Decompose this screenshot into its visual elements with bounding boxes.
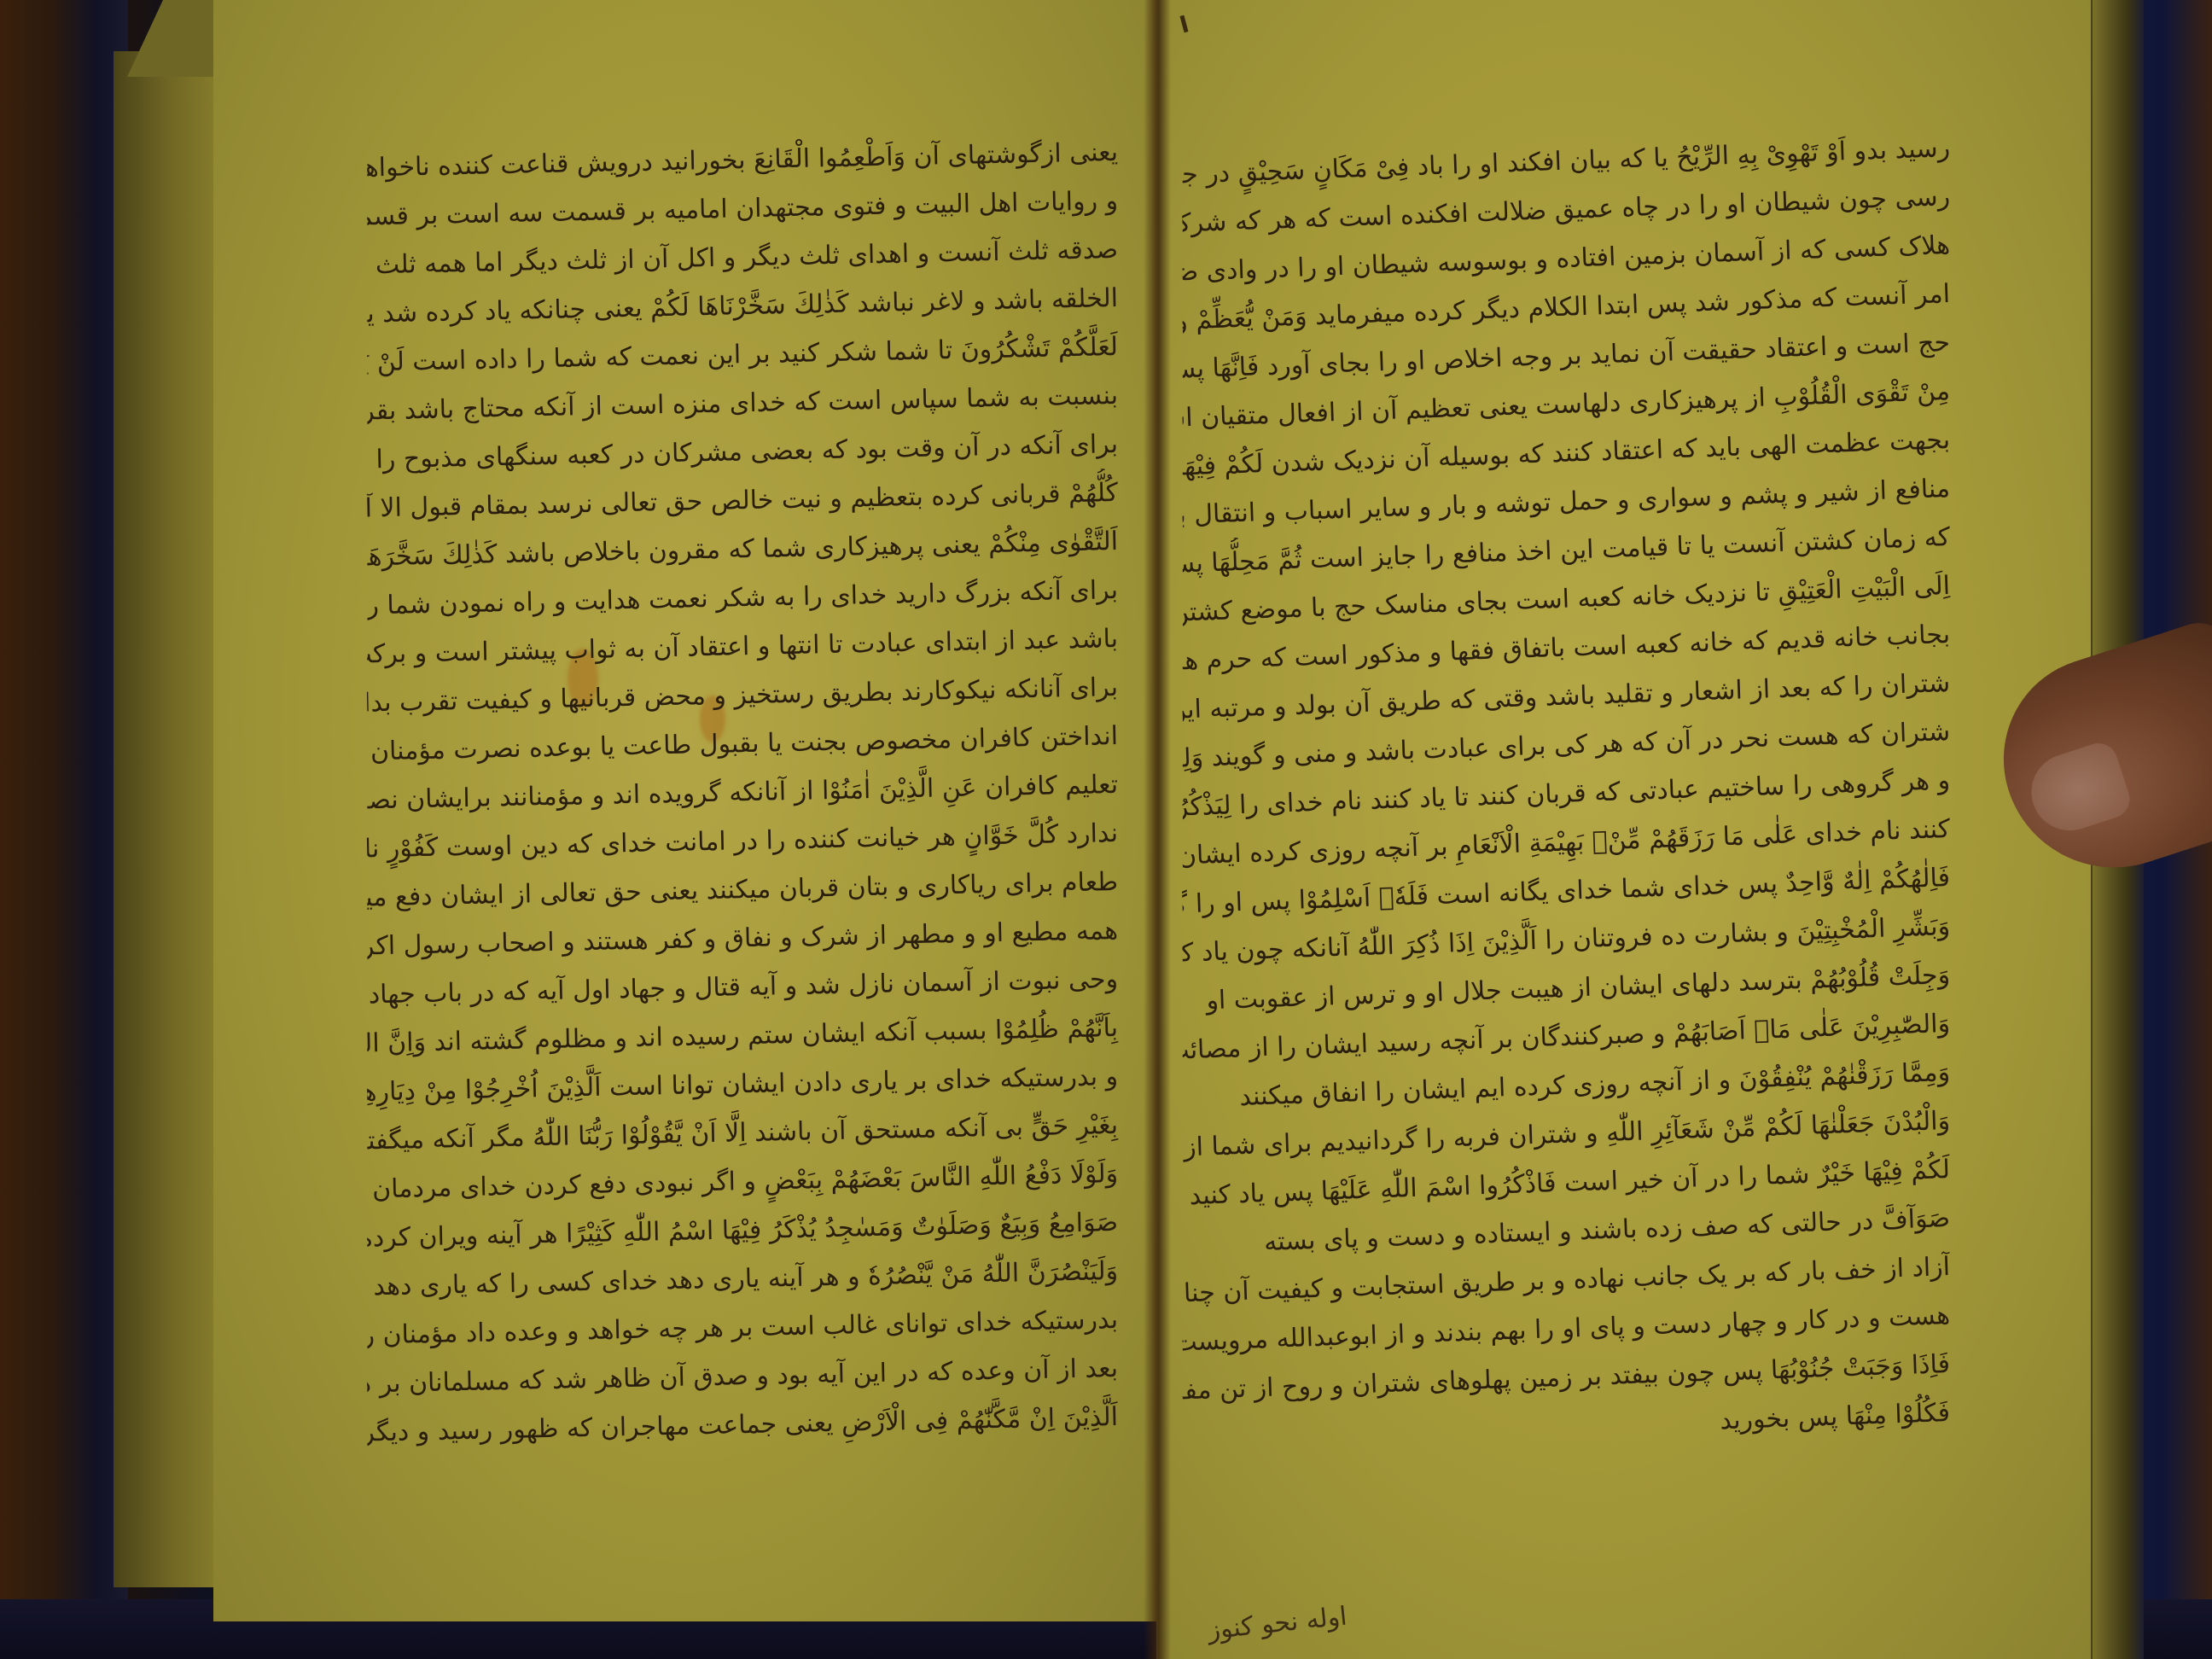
- background-cloth-left: [0, 0, 128, 1659]
- book-gutter: [1144, 0, 1171, 1659]
- right-page-text: رسید بدو اَوْ تَهْوِیْ بِهِ الرِّیْحُ یا…: [1182, 124, 1950, 1437]
- manuscript-photo: یعنی ازگوشتهای آن وَاَطْعِمُوا الْقَانِع…: [0, 0, 2212, 1659]
- left-page-text: یعنی ازگوشتهای آن وَاَطْعِمُوا الْقَانِع…: [367, 128, 1118, 1441]
- page-block-edge-left: [111, 51, 224, 1587]
